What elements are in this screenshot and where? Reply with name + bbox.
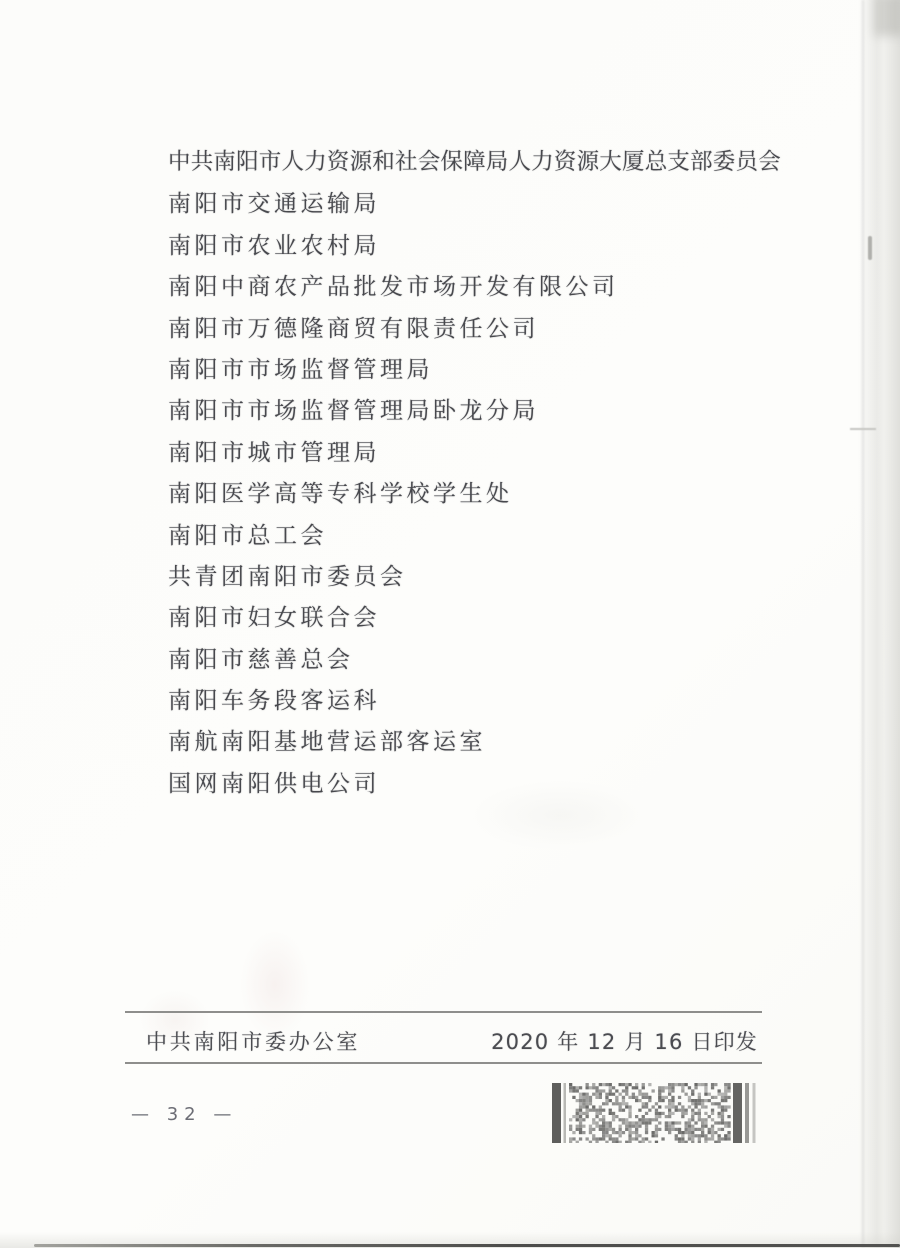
organization-list-item: 国网南阳供电公司 xyxy=(168,771,781,812)
organization-list-item: 南阳医学高等专科学校学生处 xyxy=(168,481,781,522)
organization-list-item: 南阳市妇女联合会 xyxy=(168,605,781,646)
scan-smudge xyxy=(240,930,310,1040)
organization-list-item: 南阳市市场监督管理局 xyxy=(168,357,781,398)
organization-list-item: 南阳市城市管理局 xyxy=(168,440,781,481)
footer-print-date-label: 2020 年 12 月 16 日印发 xyxy=(491,1026,758,1056)
organization-list-item: 南航南阳基地营运部客运室 xyxy=(168,729,781,770)
scan-top-right-corner-shadow xyxy=(874,0,900,36)
footer-rule-top xyxy=(125,1011,762,1013)
page-number: — 32 — xyxy=(131,1104,237,1125)
organization-list-item: 共青团南阳市委员会 xyxy=(168,564,781,605)
organization-list-item: 南阳车务段客运科 xyxy=(168,688,781,729)
scanned-document-page: 中共南阳市人力资源和社会保障局人力资源大厦总支部委员会南阳市交通运输局南阳市农业… xyxy=(0,0,900,1248)
footer-rule-bottom xyxy=(125,1062,762,1064)
footer-issuer-label: 中共南阳市委办公室 xyxy=(146,1026,360,1056)
organization-list-item: 南阳市农业农村局 xyxy=(168,233,781,274)
scan-right-edge xyxy=(858,0,900,1248)
organization-list-item: 中共南阳市人力资源和社会保障局人力资源大厦总支部委员会 xyxy=(168,150,781,191)
barcode xyxy=(552,1083,762,1143)
organization-list-item: 南阳市慈善总会 xyxy=(168,647,781,688)
organization-list-item: 南阳市市场监督管理局卧龙分局 xyxy=(168,398,781,439)
scan-right-edge-line xyxy=(862,0,864,1248)
scan-mark-line xyxy=(850,428,876,430)
organization-list-item: 南阳市总工会 xyxy=(168,523,781,564)
organization-list: 中共南阳市人力资源和社会保障局人力资源大厦总支部委员会南阳市交通运输局南阳市农业… xyxy=(168,150,781,812)
organization-list-item: 南阳中商农产品批发市场开发有限公司 xyxy=(168,274,781,315)
scan-bottom-edge-line xyxy=(34,1244,900,1247)
organization-list-item: 南阳市万德隆商贸有限责任公司 xyxy=(168,316,781,357)
scan-mark-dash xyxy=(868,236,872,260)
organization-list-item: 南阳市交通运输局 xyxy=(168,191,781,232)
